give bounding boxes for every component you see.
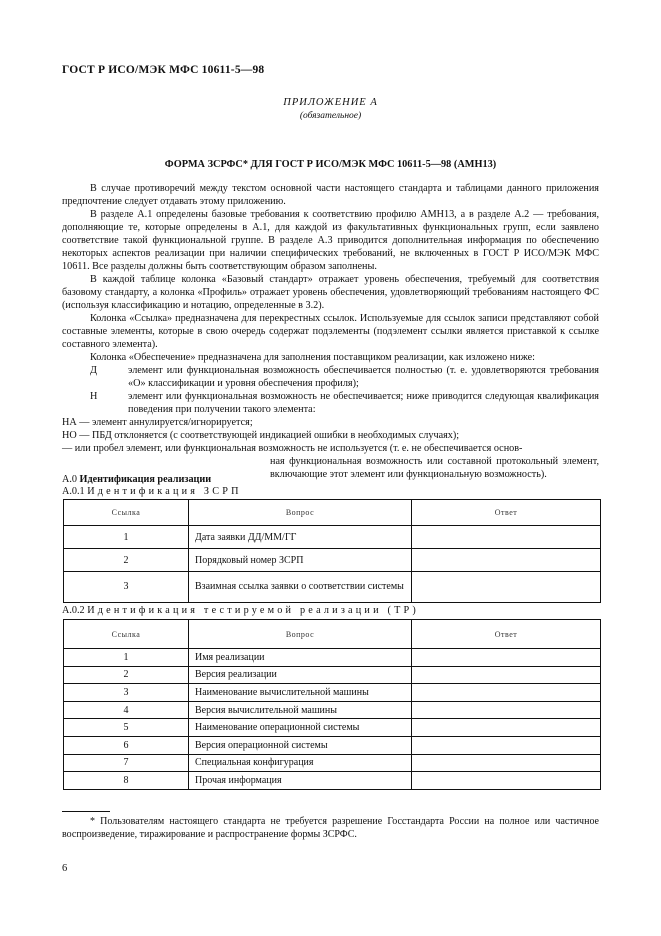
blank-definition-cont: ная функциональная возможность или соста… [270,455,599,481]
table-row: 2 Версия реализации [64,666,601,684]
table-row: 4 Версия вычислительной машины [64,701,601,719]
footnote-text: * Пользователям настоящего стандарта не … [62,815,599,841]
paragraph: Колонка «Обеспечение» предназначена для … [62,351,599,364]
table2-caption: А.0.2 Идентификация тестируемой реализац… [62,604,419,617]
cell-answer[interactable] [412,549,601,572]
table-row: 3 Наименование вычислительной машины [64,684,601,702]
cell-answer[interactable] [412,666,601,684]
table-row: 5 Наименование операционной системы [64,719,601,737]
table-row: 6 Версия операционной системы [64,736,601,754]
table2-caption-text: Идентификация тестируемой реализации (ТР… [87,605,419,616]
column-header-question: Вопрос [189,620,412,649]
table-row: 7 Специальная конфигурация [64,754,601,772]
section-number: А.0 [62,474,77,485]
definition-item: Н элемент или функциональная возможность… [62,390,599,416]
cell-answer[interactable] [412,649,601,667]
cell-answer[interactable] [412,719,601,737]
table-header-row: Ссылка Вопрос Ответ [64,500,601,526]
table-identification-pics: Ссылка Вопрос Ответ 1 Дата заявки ДД/ММ/… [63,499,601,603]
column-header-ref: Ссылка [64,620,189,649]
cell-ref: 3 [64,572,189,603]
sub-definition: НА — элемент аннулируется/игнорируется; [62,416,599,429]
cell-question: Прочая информация [189,772,412,790]
table1-caption-number: А.0.1 [62,486,85,497]
paragraph: В разделе А.1 определены базовые требова… [62,208,599,273]
cell-question: Версия вычислительной машины [189,701,412,719]
cell-answer[interactable] [412,572,601,603]
page-number: 6 [62,862,67,875]
cell-answer[interactable] [412,736,601,754]
definition-key: Н [90,390,97,403]
table-row: 2 Порядковый номер ЗСРП [64,549,601,572]
paragraph: В каждой таблице колонка «Базовый станда… [62,273,599,312]
cell-ref: 4 [64,701,189,719]
table-row: 1 Дата заявки ДД/ММ/ГГ [64,526,601,549]
table-header-row: Ссылка Вопрос Ответ [64,620,601,649]
cell-question: Дата заявки ДД/ММ/ГГ [189,526,412,549]
cell-ref: 5 [64,719,189,737]
cell-question: Версия операционной системы [189,736,412,754]
cell-question: Версия реализации [189,666,412,684]
cell-ref: 2 [64,549,189,572]
cell-ref: 1 [64,649,189,667]
column-header-question: Вопрос [189,500,412,526]
column-header-answer: Ответ [412,500,601,526]
table-row: 1 Имя реализации [64,649,601,667]
table1-caption: А.0.1 Идентификация ЗСРП [62,485,242,498]
cell-answer[interactable] [412,526,601,549]
cell-ref: 2 [64,666,189,684]
cell-ref: 6 [64,736,189,754]
cell-question: Взаимная ссылка заявки о соответствии си… [189,572,412,603]
definition-item: Д элемент или функциональная возможность… [62,364,599,390]
column-header-ref: Ссылка [64,500,189,526]
footnote: * Пользователям настоящего стандарта не … [62,815,599,841]
table-row: 3 Взаимная ссылка заявки о соответствии … [64,572,601,603]
cell-answer[interactable] [412,754,601,772]
table1-caption-text: Идентификация ЗСРП [87,486,241,497]
cell-ref: 7 [64,754,189,772]
cell-question: Порядковый номер ЗСРП [189,549,412,572]
sub-definition: НО — ПБД отклоняется (с соответствующей … [62,429,599,442]
form-title: ФОРМА ЗСРФС* ДЛЯ ГОСТ Р ИСО/МЭК МФС 1061… [0,158,661,171]
cell-question: Специальная конфигурация [189,754,412,772]
blank-definition-lead: — или пробел элемент, или функциональная… [62,443,522,454]
table2-caption-number: А.0.2 [62,605,85,616]
table-row: 8 Прочая информация [64,772,601,790]
cell-ref: 8 [64,772,189,790]
cell-answer[interactable] [412,701,601,719]
appendix-title: ПРИЛОЖЕНИЕ А [0,96,661,109]
definition-text: элемент или функциональная возможность н… [128,390,599,416]
cell-answer[interactable] [412,684,601,702]
cell-question: Имя реализации [189,649,412,667]
cell-question: Наименование операционной системы [189,719,412,737]
table-identification-iut: Ссылка Вопрос Ответ 1 Имя реализации 2 В… [63,619,601,790]
definition-key: Д [90,364,97,377]
column-header-answer: Ответ [412,620,601,649]
cell-ref: 1 [64,526,189,549]
paragraph: Колонка «Ссылка» предназначена для перек… [62,312,599,351]
definition-text: элемент или функциональная возможность о… [128,364,599,390]
footnote-divider [62,811,110,812]
document-header: ГОСТ Р ИСО/МЭК МФС 10611-5—98 [62,64,264,77]
cell-answer[interactable] [412,772,601,790]
paragraph: В случае противоречий между текстом осно… [62,182,599,208]
cell-ref: 3 [64,684,189,702]
appendix-subtitle: (обязательное) [0,110,661,123]
section-title: Идентификация реализации [80,474,212,485]
cell-question: Наименование вычислительной машины [189,684,412,702]
body-text: В случае противоречий между текстом осно… [62,182,599,481]
